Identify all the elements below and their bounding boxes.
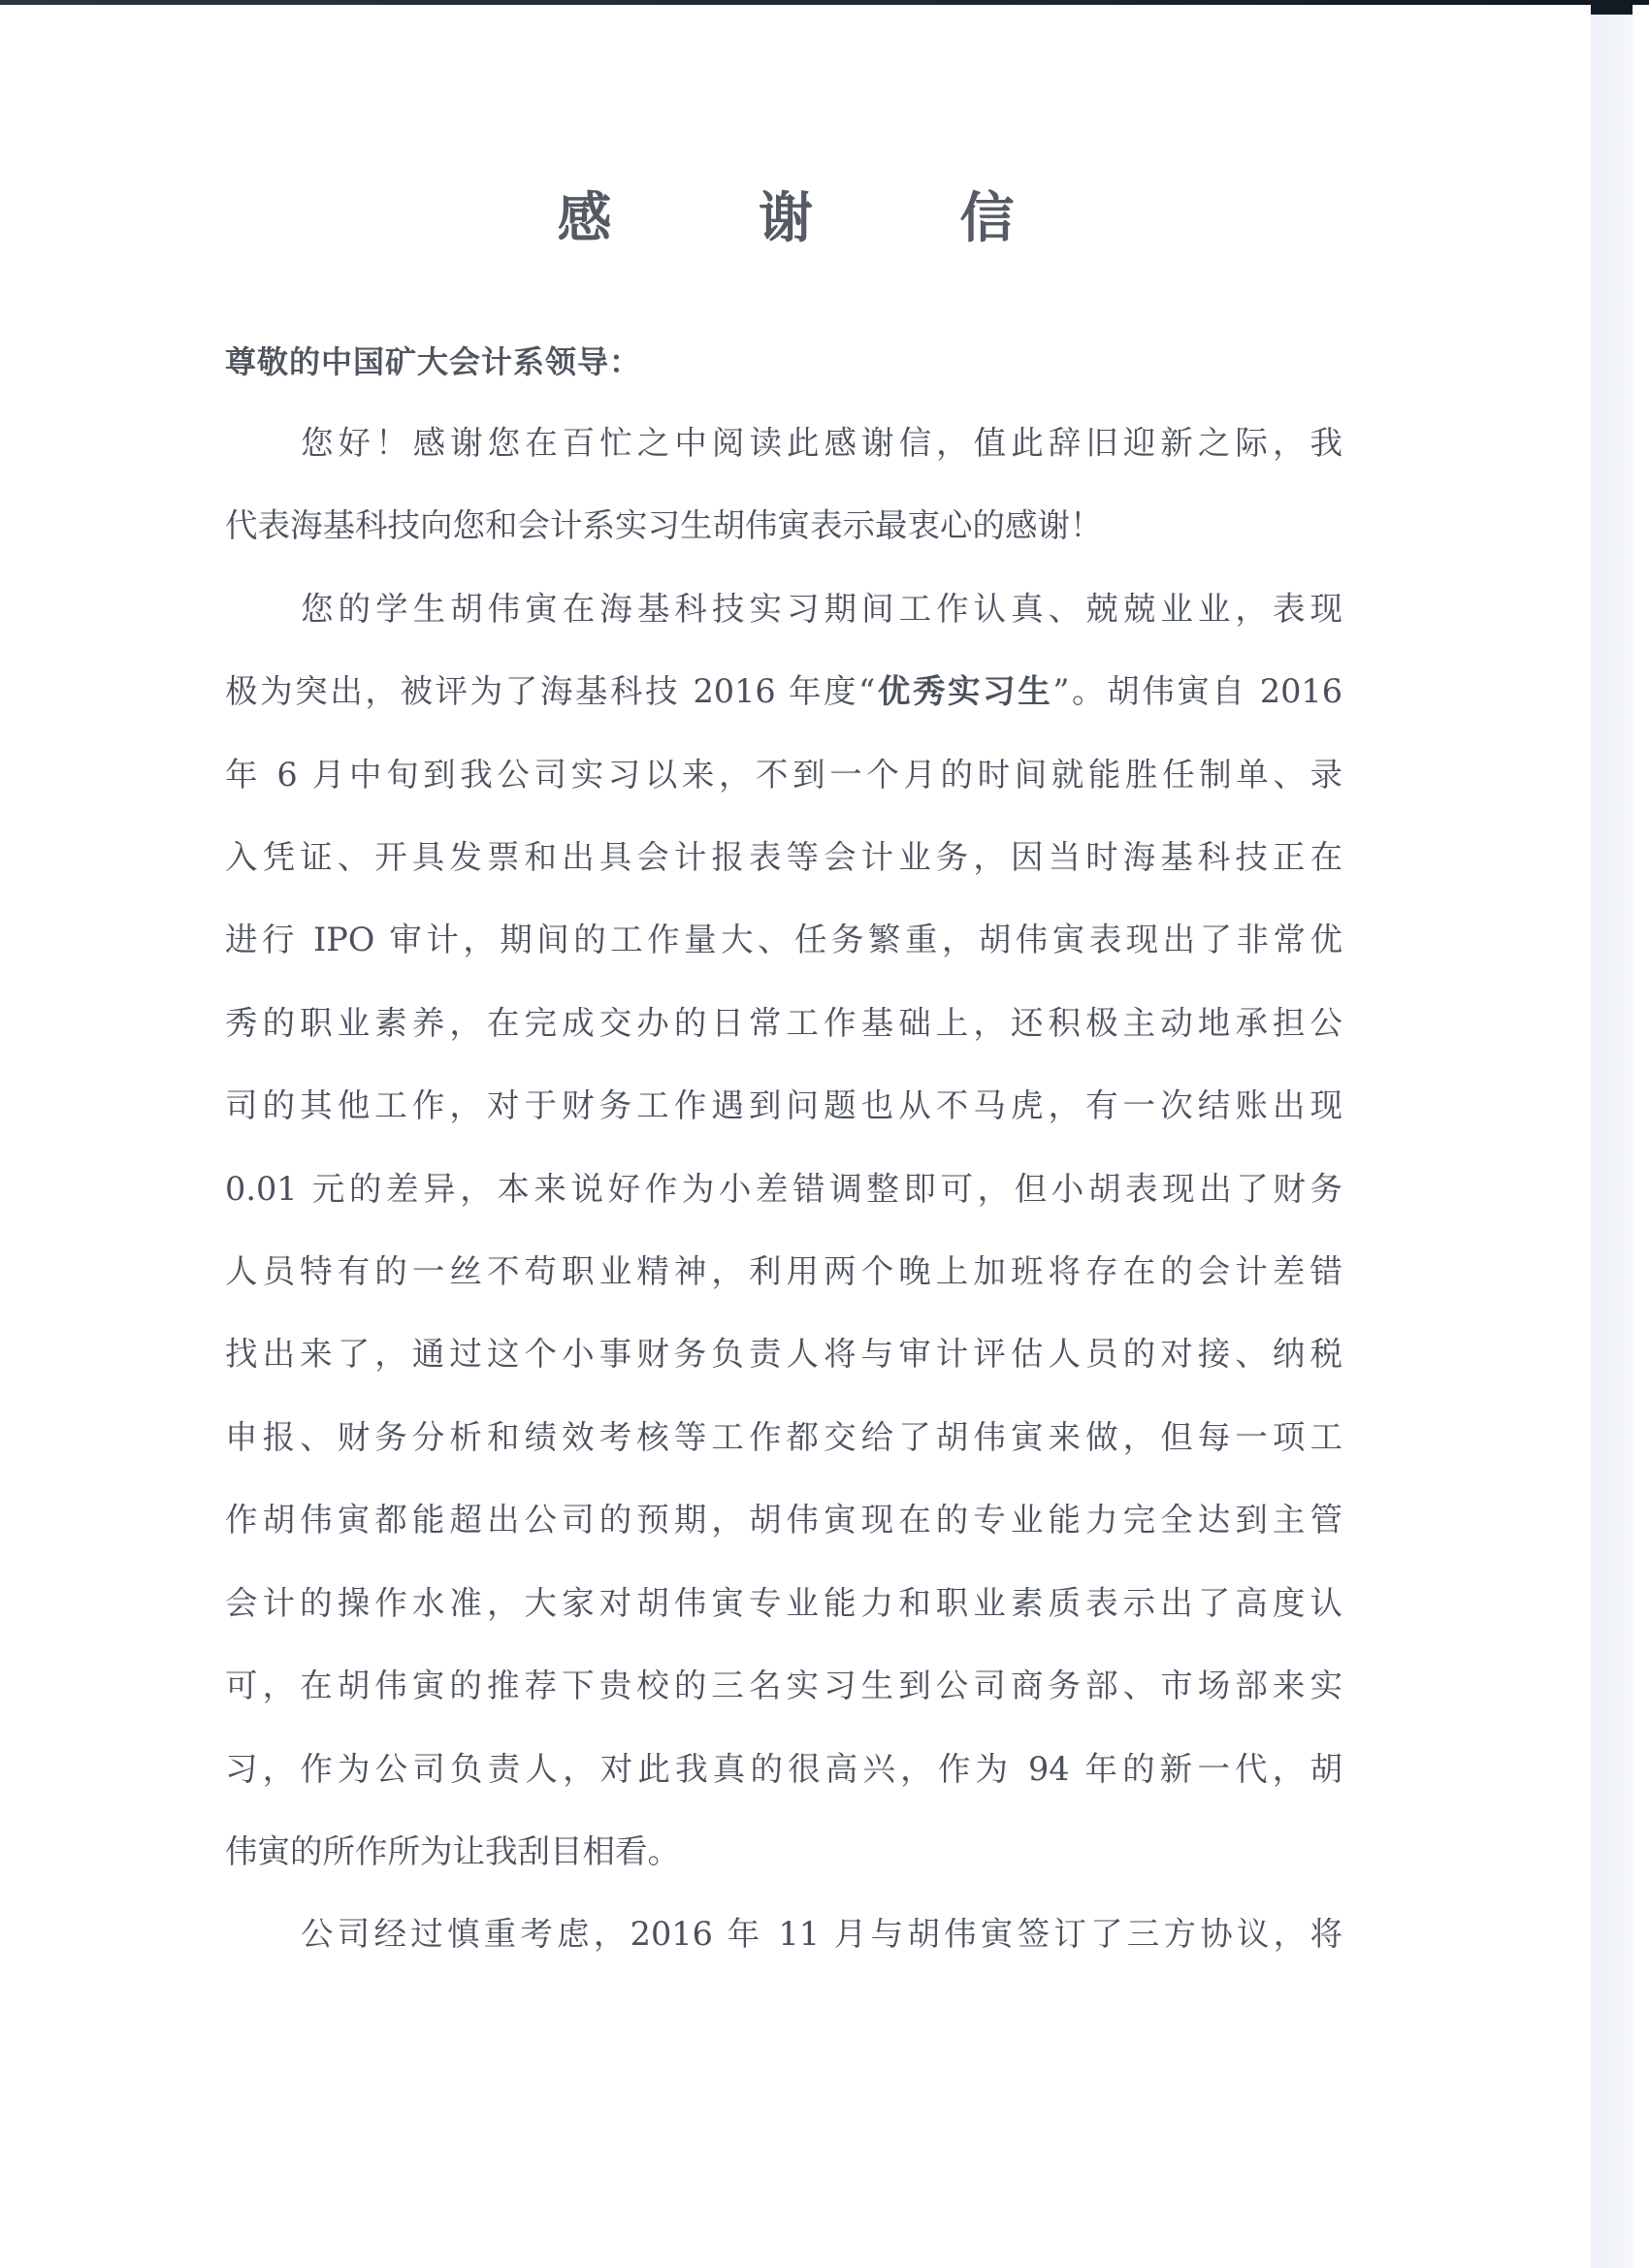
paragraph-3-line-1: 公司经过慎重考虑，2016 年 11 月与胡伟寅签订了三方协议，将 (225, 1893, 1342, 1975)
paragraph-2-line-10: 找出来了，通过这个小事财务负责人将与审计评估人员的对接、纳税 (225, 1312, 1342, 1395)
award-sentence-before: 极为突出，被评为了海基科技 2016 年度“ (225, 672, 875, 710)
letter-body: 您好！感谢您在百忙之中阅读此感谢信，值此辞旧迎新之际，我 代表海基科技向您和会计… (225, 402, 1342, 1976)
scan-corner-shadow (1591, 0, 1633, 15)
paragraph-2-line-7: 司的其他工作，对于财务工作遇到问题也从不马虎，有一次结账出现 (225, 1064, 1342, 1147)
letter-title: 感 谢 信 (0, 185, 1571, 253)
paragraph-2-line-4: 入凭证、开具发票和出具会计报表等会计业务，因当时海基科技正在 (225, 816, 1342, 898)
paragraph-2-line-5: 进行 IPO 审计，期间的工作量大、任务繁重，胡伟寅表现出了非常优 (225, 898, 1342, 981)
paragraph-1-line-1: 您好！感谢您在百忙之中阅读此感谢信，值此辞旧迎新之际，我 (225, 402, 1342, 484)
paragraph-2-line-2: 极为突出，被评为了海基科技 2016 年度“优秀实习生”。胡伟寅自 2016 (225, 650, 1342, 732)
paragraph-2-line-12: 作胡伟寅都能超出公司的预期，胡伟寅现在的专业能力完全达到主管 (225, 1478, 1342, 1561)
paragraph-2-line-14: 可，在胡伟寅的推荐下贵校的三名实习生到公司商务部、市场部来实 (225, 1644, 1342, 1727)
paragraph-2-line-15: 习，作为公司负责人，对此我真的很高兴，作为 94 年的新一代，胡 (225, 1728, 1342, 1810)
letter-salutation: 尊敬的中国矿大会计系领导： (225, 340, 641, 383)
paragraph-2-line-11: 申报、财务分析和绩效考核等工作都交给了胡伟寅来做，但每一项工 (225, 1396, 1342, 1478)
paragraph-1-line-2: 代表海基科技向您和会计系实习生胡伟寅表示最衷心的感谢！ (225, 484, 1342, 567)
paragraph-2-line-9: 人员特有的一丝不苟职业精神，利用两个晚上加班将存在的会计差错 (225, 1230, 1342, 1312)
award-sentence-after: ”。胡伟寅自 2016 (1052, 672, 1342, 710)
letter-page: 感 谢 信 尊敬的中国矿大会计系领导： 您好！感谢您在百忙之中阅读此感谢信，值此… (0, 5, 1591, 2268)
paragraph-2-line-16: 伟寅的所作所为让我刮目相看。 (225, 1810, 1342, 1893)
award-title: 优秀实习生 (875, 672, 1052, 710)
paragraph-2-line-13: 会计的操作水准，大家对胡伟寅专业能力和职业素质表示出了高度认 (225, 1562, 1342, 1644)
paragraph-2-line-3: 年 6 月中旬到我公司实习以来，不到一个月的时间就能胜任制单、录 (225, 733, 1342, 816)
paragraph-2-line-8: 0.01 元的差异，本来说好作为小差错调整即可，但小胡表现出了财务 (225, 1148, 1342, 1230)
scan-right-edge (1591, 0, 1633, 2268)
paragraph-2-line-6: 秀的职业素养，在完成交办的日常工作基础上，还积极主动地承担公 (225, 982, 1342, 1064)
paragraph-2-line-1: 您的学生胡伟寅在海基科技实习期间工作认真、兢兢业业，表现 (225, 567, 1342, 650)
